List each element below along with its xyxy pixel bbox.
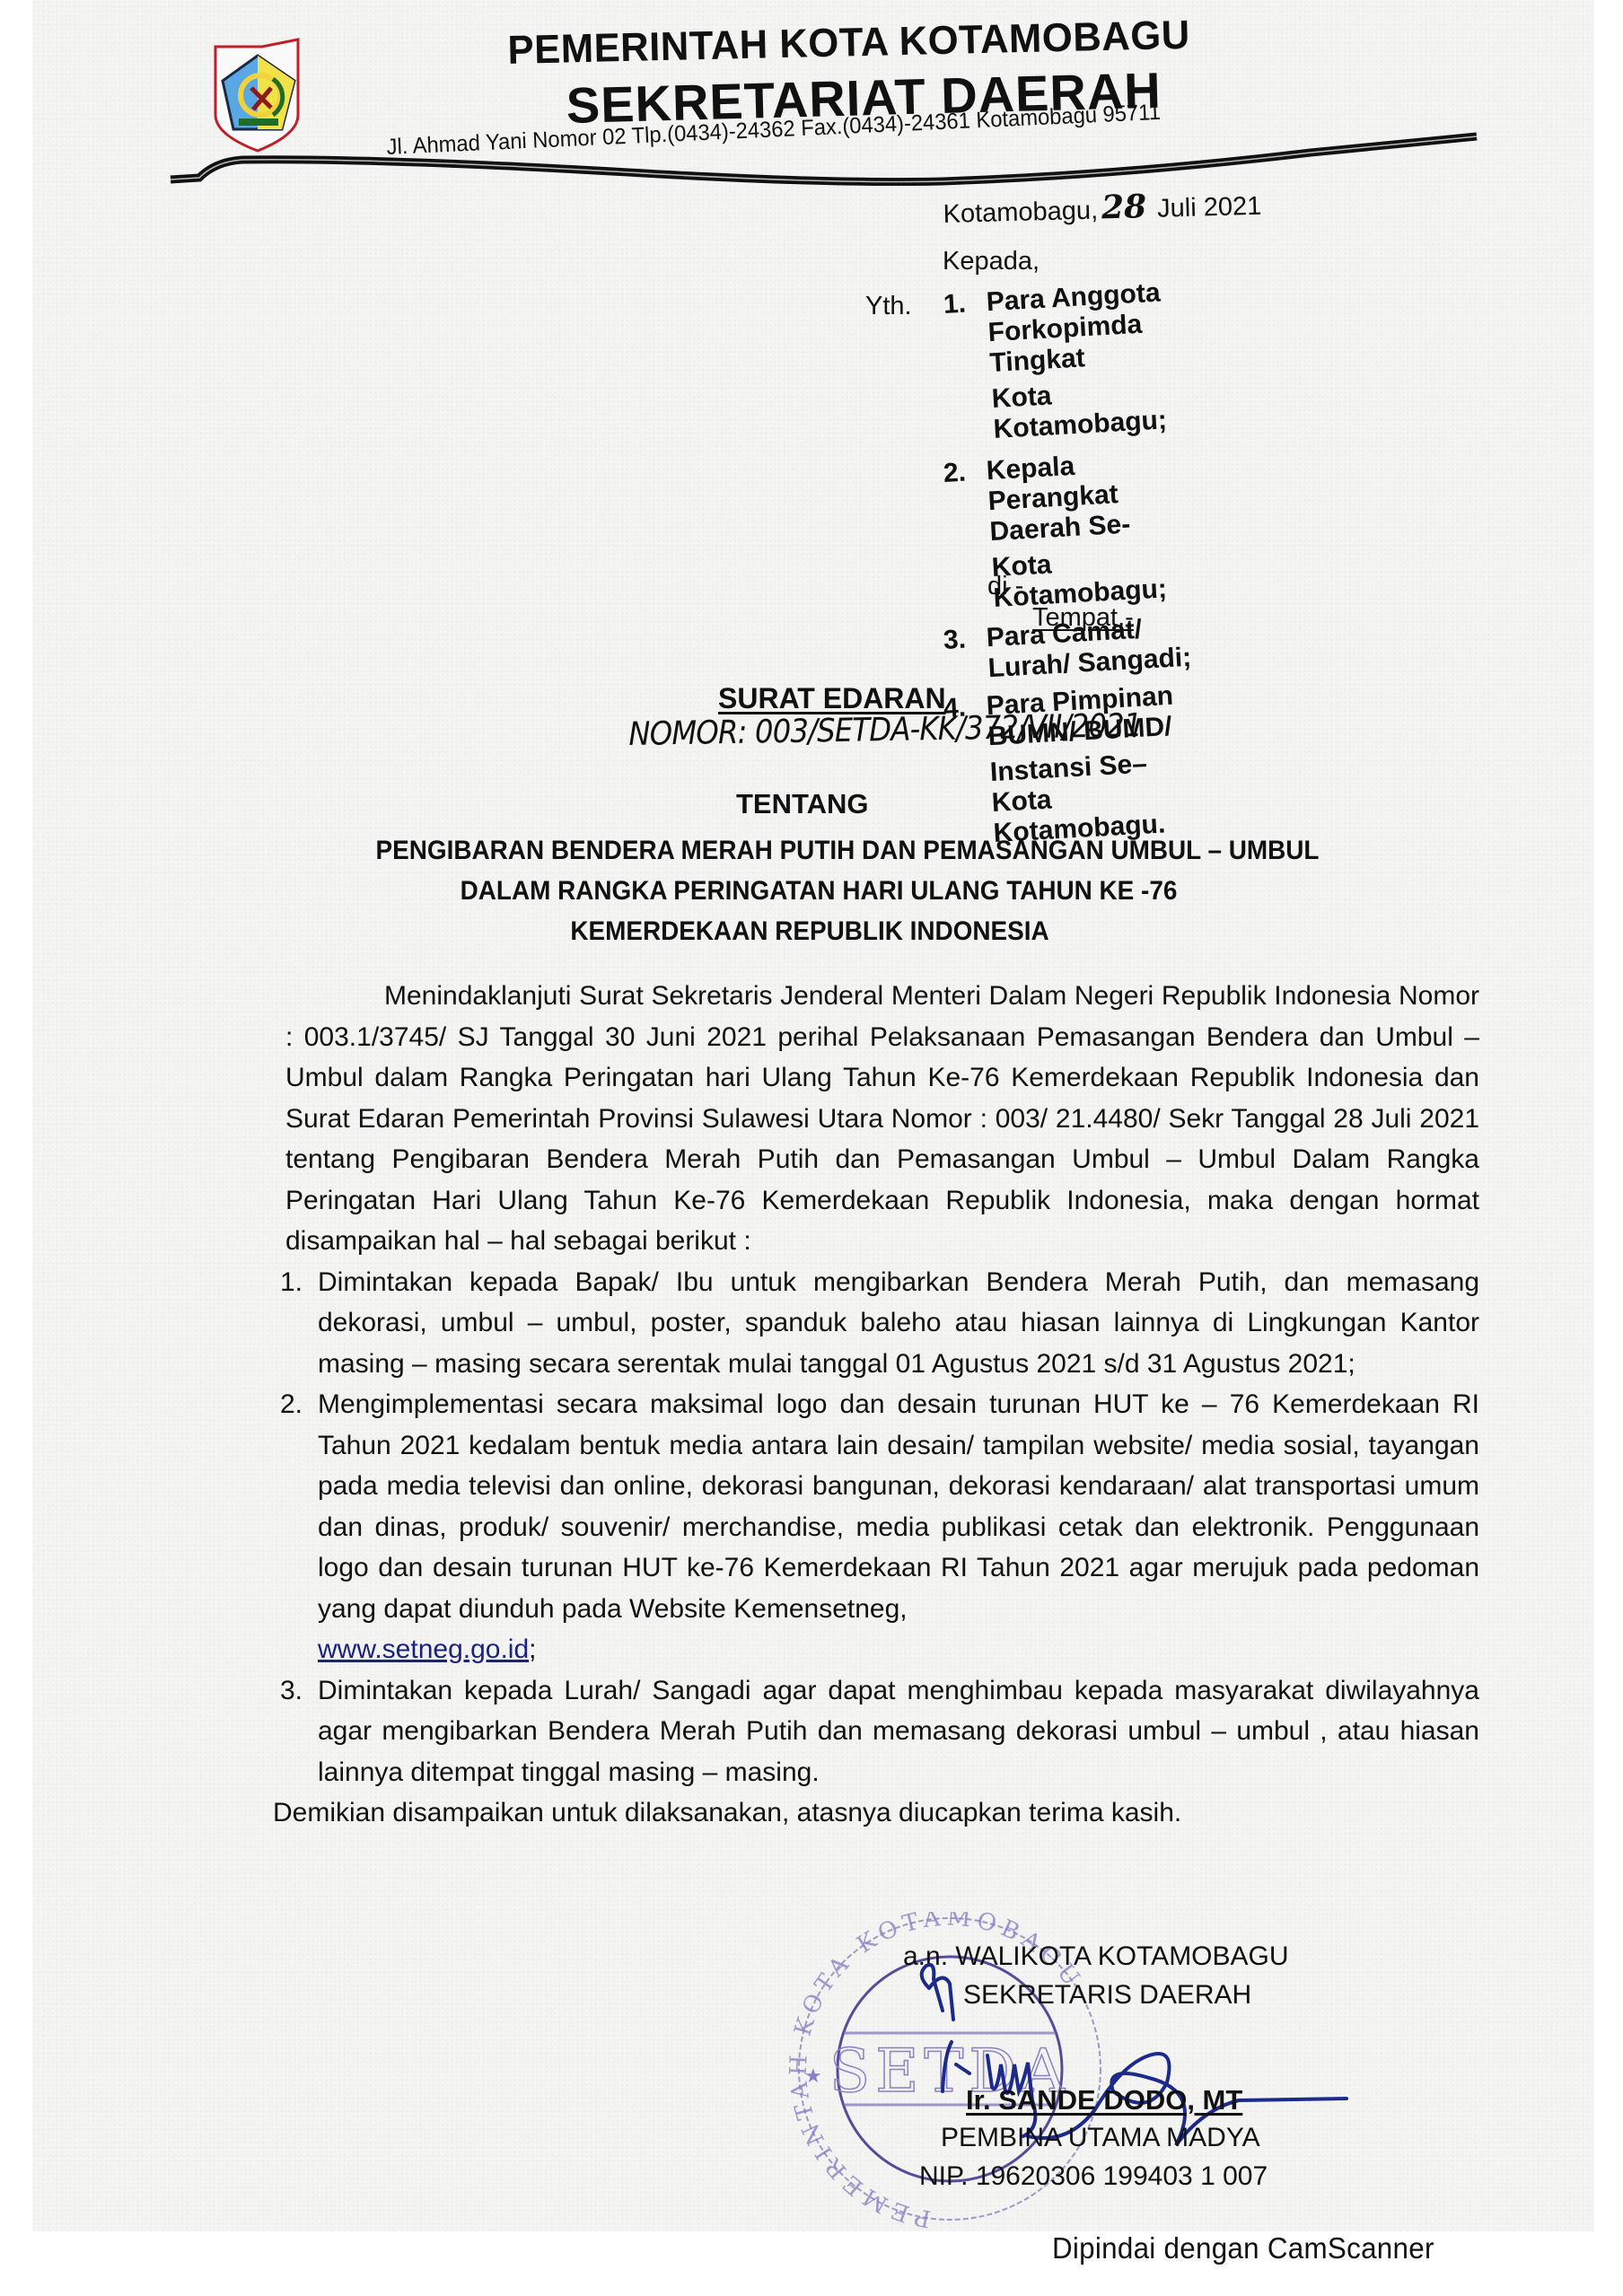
di-label: di - (987, 572, 1023, 601)
kepada-label: Kepada, (943, 247, 1040, 276)
letterhead-divider (0, 126, 1623, 206)
date-place: Kotamobagu, (943, 196, 1098, 229)
signatory-nip: NIP. 19620306 199403 1 007 (919, 2161, 1268, 2192)
recipient-list: 1.Para Anggota Forkopimda TingkatKota Ko… (943, 274, 1159, 855)
document-subject: PENGIBARAN BENDERA MERAH PUTIH DAN PEMAS… (0, 830, 1623, 951)
signatory-name: Ir. SANDE DODO, MT (966, 2084, 1242, 2116)
signatory-position: SEKRETARIS DAERAH (963, 1980, 1251, 2011)
recipient-item: 1.Para Anggota Forkopimda TingkatKota Ko… (943, 278, 1168, 448)
intro-paragraph: Menindaklanjuti Surat Sekretaris Jendera… (285, 976, 1479, 1262)
date-day-handwritten: 28 (1101, 188, 1146, 226)
on-behalf-of: a.n. WALIKOTA KOTAMOBAGU (903, 1941, 1289, 1972)
instruction-item: 1. Dimintakan kepada Bapak/ Ibu untuk me… (285, 1262, 1479, 1385)
tempat-label: Tempat.- (1032, 603, 1134, 633)
instruction-item: 3. Dimintakan kepada Lurah/ Sangadi agar… (285, 1670, 1479, 1793)
subject-line: KEMERDEKAAN REPUBLIK INDONESIA (55, 911, 1564, 951)
yth-label: Yth. (865, 292, 912, 321)
document-type: SURAT EDARAN (718, 682, 946, 715)
setneg-website-link[interactable]: www.setneg.go.id (318, 1634, 529, 1664)
camscanner-watermark: Dipindai dengan CamScanner (1052, 2231, 1434, 2265)
tentang-label: TENTANG (736, 788, 869, 820)
instruction-item: 2. Mengimplementasi secara maksimal logo… (285, 1384, 1479, 1670)
date-month-year: Juli 2021 (1157, 192, 1262, 223)
closing-sentence: Demikian disampaikan untuk dilaksanakan,… (273, 1792, 1479, 1834)
recipient-item: 2.Kepala Perangkat Daerah Se-Kota Kotamo… (943, 447, 1168, 617)
subject-line: DALAM RANGKA PERINGATAN HARI ULANG TAHUN… (64, 871, 1573, 911)
signatory-rank: PEMBINA UTAMA MADYA (941, 2123, 1260, 2153)
subject-line: PENGIBARAN BENDERA MERAH PUTIH DAN PEMAS… (92, 830, 1601, 871)
letter-body: Menindaklanjuti Surat Sekretaris Jendera… (285, 976, 1479, 1834)
instruction-list: 1. Dimintakan kepada Bapak/ Ibu untuk me… (285, 1262, 1479, 1793)
